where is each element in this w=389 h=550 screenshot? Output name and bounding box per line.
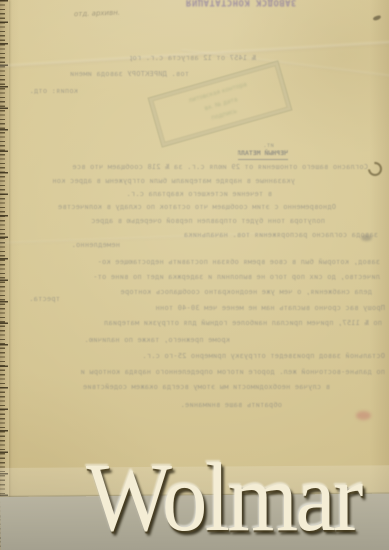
faint-text-line: указанные в наряде материалы были отгруж…: [53, 177, 295, 186]
scanned-document-page: ЗАВОДСК КОНСТАТАЦИЯ отд. архивн. литовск…: [0, 0, 389, 550]
faint-text-line: по дальне-восточной жел. дороге итогом о…: [8, 368, 385, 377]
faint-text-line: дела снабжения, о чем уже неоднократно с…: [30, 288, 372, 297]
faint-text-line: личество, до сих пор того не выполнил и …: [30, 273, 380, 282]
faint-text-line: Согласно вашего отношения от 29 июля с.г…: [28, 163, 368, 172]
faint-text-line: копия: отд.: [22, 87, 78, 96]
pencil-note: отд. архивн.: [74, 8, 148, 21]
faint-text-line: по № 1157, причем прислал наиболее годны…: [30, 319, 382, 328]
faint-text-line: завода согласно распоряжения тов. началь…: [150, 231, 378, 240]
faint-text-line: Прошу вас срочно выслать нам не менее че…: [75, 304, 385, 313]
faint-text-line: треста.: [5, 295, 60, 304]
faint-text-line: тов. ДИРЕКТОРУ завода имени: [57, 70, 189, 79]
faint-text-line: Одновременно с этим сообщаем что остаток…: [30, 203, 336, 212]
pink-smudge: [356, 411, 371, 420]
faint-text-line: Остальной завод произведет отгрузку прим…: [75, 352, 385, 361]
ink-blot: [373, 15, 382, 21]
faint-text-line: обратить ваше внимание.: [150, 401, 282, 410]
mirrored-heading: ЧЕРНЫЙ МЕТАЛЛ: [238, 149, 288, 160]
faint-text-line: полутора тонн будет отправлен первой оче…: [30, 217, 325, 226]
wolmar-watermark: Wolmar: [86, 449, 361, 547]
faint-text-line: завод, который был в свое время обязан п…: [30, 258, 380, 267]
faint-text-line: кроме прежнего, также по наличию.: [30, 336, 230, 345]
ink-ring-mark: [365, 159, 385, 179]
faint-text-line: № 1457 от 12 августа с.г. гор.: [130, 54, 256, 63]
faint-text-line: в случае необходимости мы этому всегда о…: [25, 383, 330, 392]
faint-text-line: немедленно.: [18, 241, 120, 250]
top-stamp-bleed-text: ЗАВОДСК КОНСТАТАЦИЯ: [176, 0, 306, 9]
faint-text-line: в течение истекшего квартала с.г.: [115, 190, 272, 199]
